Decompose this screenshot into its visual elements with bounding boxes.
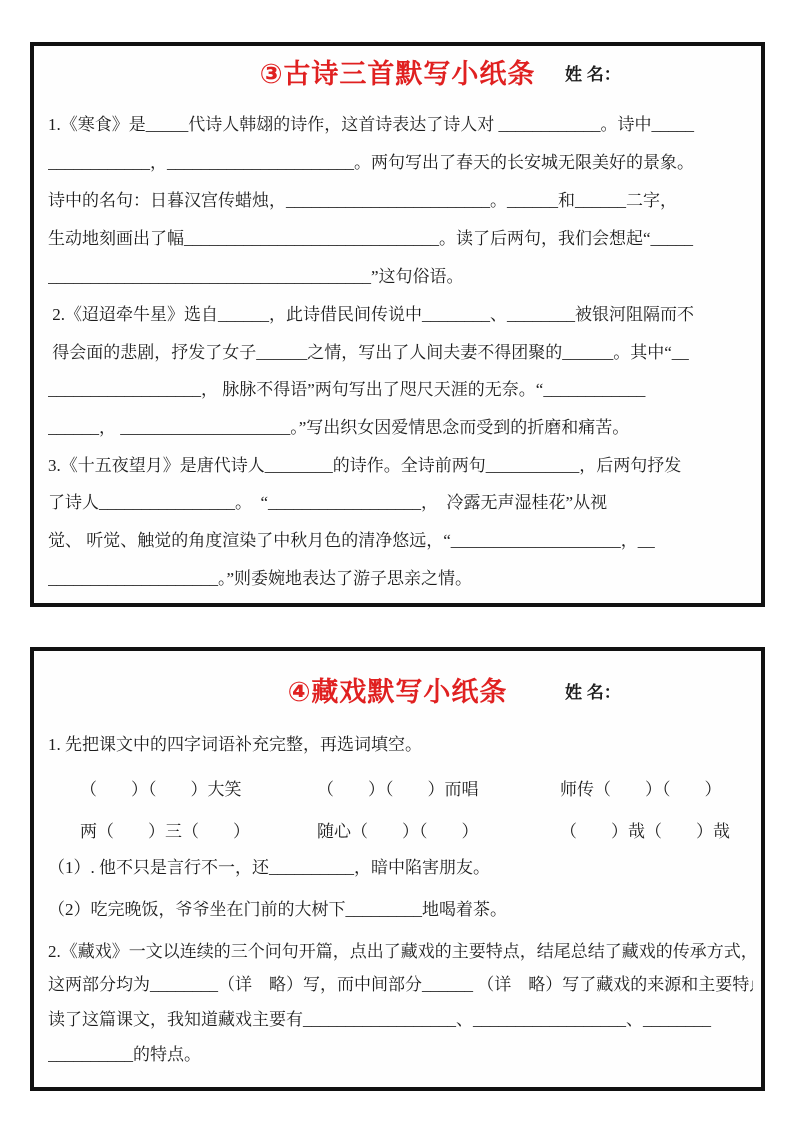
name-label: 姓 名：	[565, 65, 621, 85]
text-line: 觉、 听觉、触觉的角度渲染了中秋月色的清净悠远，“_______________…	[48, 530, 753, 552]
text-line: __________的特点。	[48, 1044, 753, 1066]
text-line: 诗中的名句：日暮汉宫传蜡烛，________________________。_…	[48, 190, 753, 212]
word-item: 随心（ ）（ ）	[317, 821, 479, 843]
text-line: 读了这篇课文，我知道藏戏主要有__________________、______…	[48, 1009, 753, 1031]
text-line: ______________________________________”这…	[48, 266, 753, 288]
fill-in-sentence: （1）. 他不只是言行不一，还__________，暗中陷害朋友。	[48, 857, 753, 879]
word-item: 两（ ）三（ ）	[80, 821, 250, 843]
worksheet-panel-poems: ③古诗三首默写小纸条 姓 名： 1.《寒食》是_____代诗人韩翃的诗作，这首诗…	[30, 42, 765, 607]
word-item: （ ）（ ）而唱	[317, 779, 479, 801]
text-line: 3.《十五夜望月》是唐代诗人________的诗作。全诗前两句_________…	[48, 455, 753, 477]
text-line: ____________________。”则委婉地表达了游子思亲之情。	[48, 568, 753, 590]
fill-in-sentence: （2）吃完晚饭，爷爷坐在门前的大树下_________地喝着茶。	[48, 899, 753, 921]
text-line: 1.《寒食》是_____代诗人韩翃的诗作，这首诗表达了诗人对 _________…	[48, 114, 753, 136]
text-line: ______， ____________________。”写出织女因爱情思念而…	[48, 417, 753, 439]
panel-title: ③古诗三首默写小纸条	[34, 59, 761, 89]
text-line: 得会面的悲剧，抒发了女子______之情，写出了人间夫妻不得团聚的______。…	[48, 342, 753, 364]
word-item: （ ）（ ）大笑	[80, 779, 242, 801]
name-label: 姓 名：	[565, 683, 621, 703]
text-line: 2.《藏戏》一文以连续的三个问句开篇，点出了藏戏的主要特点，结尾总结了藏戏的传承…	[48, 941, 753, 963]
text-line: 这两部分均为________（详 略）写，而中间部分______ （详 略）写了…	[48, 974, 753, 996]
text-line: 了诗人________________。 “__________________…	[48, 492, 753, 514]
worksheet-panel-tibetan-opera: ④藏戏默写小纸条 姓 名： 1. 先把课文中的四字词语补充完整，再选词填空。 （…	[30, 647, 765, 1091]
question-intro: 1. 先把课文中的四字词语补充完整，再选词填空。	[48, 734, 753, 756]
text-line: 2.《迢迢牵牛星》选自______，此诗借民间传说中________、_____…	[48, 304, 753, 326]
panel-title: ④藏戏默写小纸条	[34, 677, 761, 707]
text-line: __________________， 脉脉不得语”两句写出了咫尺天涯的无奈。“…	[48, 379, 753, 401]
word-item: （ ）哉（ ）哉	[560, 821, 730, 843]
text-line: ____________，______________________。两句写出…	[48, 152, 753, 174]
word-item: 师传（ ）（ ）	[560, 779, 722, 801]
text-line: 生动地刻画出了幅______________________________。读…	[48, 228, 753, 250]
